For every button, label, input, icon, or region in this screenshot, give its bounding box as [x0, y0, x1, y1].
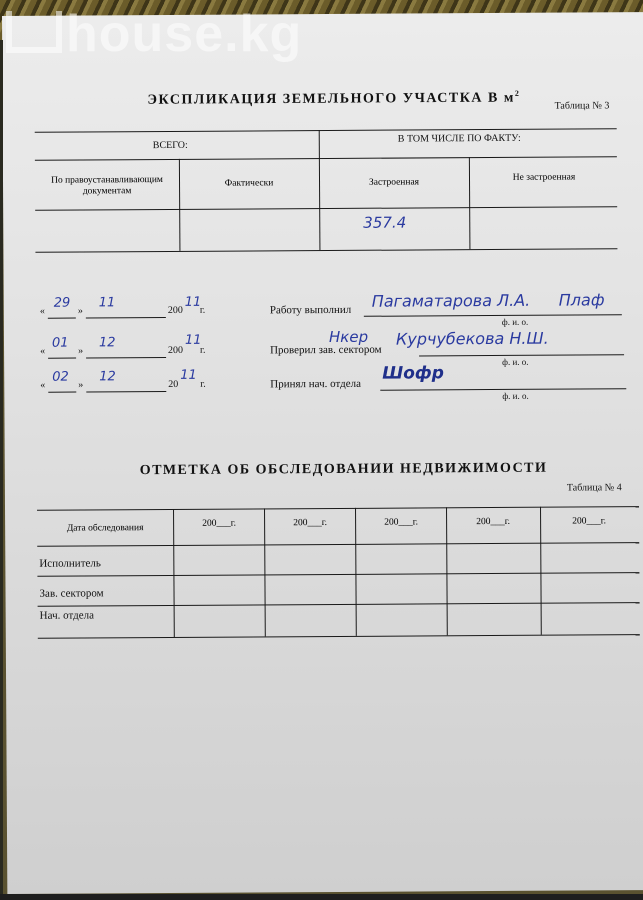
table4-header-date: Дата обследования: [41, 523, 169, 534]
table4-row-executor: Исполнитель: [39, 557, 101, 569]
table4-date-col: 200___г.: [177, 518, 261, 529]
date-month: 11: [99, 295, 116, 310]
table4-row-sector-head: Зав. сектором: [39, 587, 103, 599]
table3-title: ЭКСПЛИКАЦИЯ ЗЕМЕЛЬНОГО УЧАСТКА В м2: [147, 89, 520, 109]
role-label: Работу выполнил: [270, 304, 352, 316]
table3-col-unbuilt: Не застроенная: [473, 172, 615, 183]
signature: Нкер: [329, 328, 368, 346]
watermark: house.kg: [6, 4, 302, 64]
table3-col-actual: Фактически: [183, 178, 315, 189]
table3-col-legal-docs: По правоустанавливающим документам: [39, 175, 175, 198]
table4-date-col: 200___г.: [544, 516, 634, 527]
date-day: 29: [54, 296, 71, 311]
table3-header-total: ВСЕГО:: [153, 140, 188, 151]
signature: Плаф: [559, 290, 605, 309]
role-label: Принял нач. отдела: [270, 378, 361, 391]
bottom-border: [0, 894, 643, 900]
page-edge: [0, 40, 3, 900]
signature: Шофр: [382, 363, 444, 383]
table4-date-col: 200___г.: [450, 517, 536, 528]
table4-title: ОТМЕТКА ОБ ОБСЛЕДОВАНИИ НЕДВИЖИМОСТИ: [140, 461, 548, 479]
table4-date-col: 200___г.: [359, 517, 443, 528]
date-day: 01: [52, 336, 69, 351]
table3-value-built: 357.4: [363, 214, 406, 232]
table4-row-dept-head: Нач. отдела: [40, 609, 94, 621]
table3-label: Таблица № 3: [555, 100, 610, 111]
date-month: 12: [99, 335, 116, 350]
date-month: 12: [99, 369, 116, 384]
table3-header-of-which: В ТОМ ЧИСЛЕ ПО ФАКТУ:: [398, 133, 521, 145]
house-icon: [6, 11, 62, 53]
signer-name: Курчубекова Н.Ш.: [396, 329, 549, 349]
table4-date-col: 200___г.: [268, 518, 352, 529]
date-day: 02: [52, 370, 69, 385]
table3-col-built: Застроенная: [323, 177, 465, 188]
table4-label: Таблица № 4: [567, 482, 622, 493]
signer-name: Пагаматарова Л.А.: [372, 291, 531, 311]
document-page: ЭКСПЛИКАЦИЯ ЗЕМЕЛЬНОГО УЧАСТКА В м2 Табл…: [2, 12, 643, 894]
date-year: 11: [180, 368, 197, 383]
